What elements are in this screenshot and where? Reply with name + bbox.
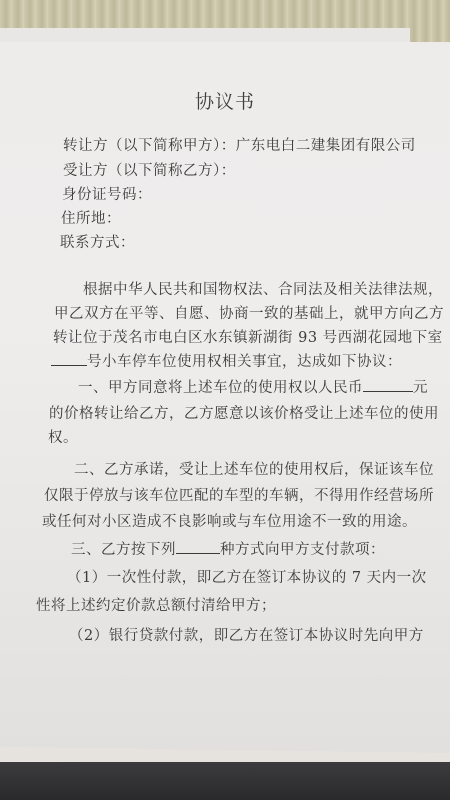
clause2-line-3: 或任何对小区造成不良影响或与车位用途不一致的用途。 xyxy=(42,510,417,531)
option2-line-1: （2）银行贷款付款，即乙方在签订本协议时先向甲方 xyxy=(69,624,424,645)
transferee-line: 受让方（以下简称乙方）： xyxy=(63,159,236,180)
clause1-line-1: 一、甲方同意将上述车位的使用权以人民币元 xyxy=(78,376,428,397)
preamble-line-4: 号小车停车位使用权相关事宜，达成如下协议： xyxy=(51,350,402,371)
dark-surface xyxy=(0,762,450,800)
address-line: 住所地： xyxy=(61,207,121,228)
clause1-prefix: 一、甲方同意将上述车位的使用权以人民币 xyxy=(78,380,363,396)
clause2-line-1: 二、乙方承诺，受让上述车位的使用权后，保证该车位 xyxy=(74,458,434,479)
clause3-prefix: 三、乙方按下列 xyxy=(71,542,176,558)
contact-line: 联系方式： xyxy=(60,231,135,252)
payment-method-blank xyxy=(176,539,220,554)
option1-line-1: （1）一次性付款，即乙方在签订本协议的 7 天内一次 xyxy=(67,566,427,587)
transferor-line: 转让方（以下简称甲方）：广东电白二建集团有限公司 xyxy=(63,134,416,155)
id-number-line: 身份证号码： xyxy=(62,183,152,204)
option1-line-2: 性将上述约定价款总额付清给甲方； xyxy=(36,594,276,615)
clause3-line: 三、乙方按下列种方式向甲方支付款项： xyxy=(71,538,385,559)
document-title: 协议书 xyxy=(0,87,450,114)
preamble-line-2: 甲乙双方在平等、自愿、协商一致的基础上，就甲方向乙方 xyxy=(54,302,444,323)
preamble-line-3: 转让位于茂名市电白区水东镇新湖街 93 号西湖花园地下室 xyxy=(53,326,443,347)
clause1-line-2: 的价格转让给乙方，乙方愿意以该价格受让上述车位的使用 xyxy=(49,402,439,423)
preamble-line-4-text: 号小车停车位使用权相关事宜，达成如下协议： xyxy=(87,354,402,370)
price-blank xyxy=(363,377,413,392)
clause2-line-2: 仅限于停放与该车位匹配的车型的车辆，不得用作经营场所 xyxy=(44,484,434,505)
clause1-line-3: 权。 xyxy=(48,426,78,447)
clause3-suffix: 种方式向甲方支付款项： xyxy=(220,542,385,558)
clause1-suffix: 元 xyxy=(413,380,428,396)
parking-number-blank xyxy=(51,351,87,366)
preamble-line-1: 根据中华人民共和国物权法、合同法及相关法律法规， xyxy=(83,278,443,299)
